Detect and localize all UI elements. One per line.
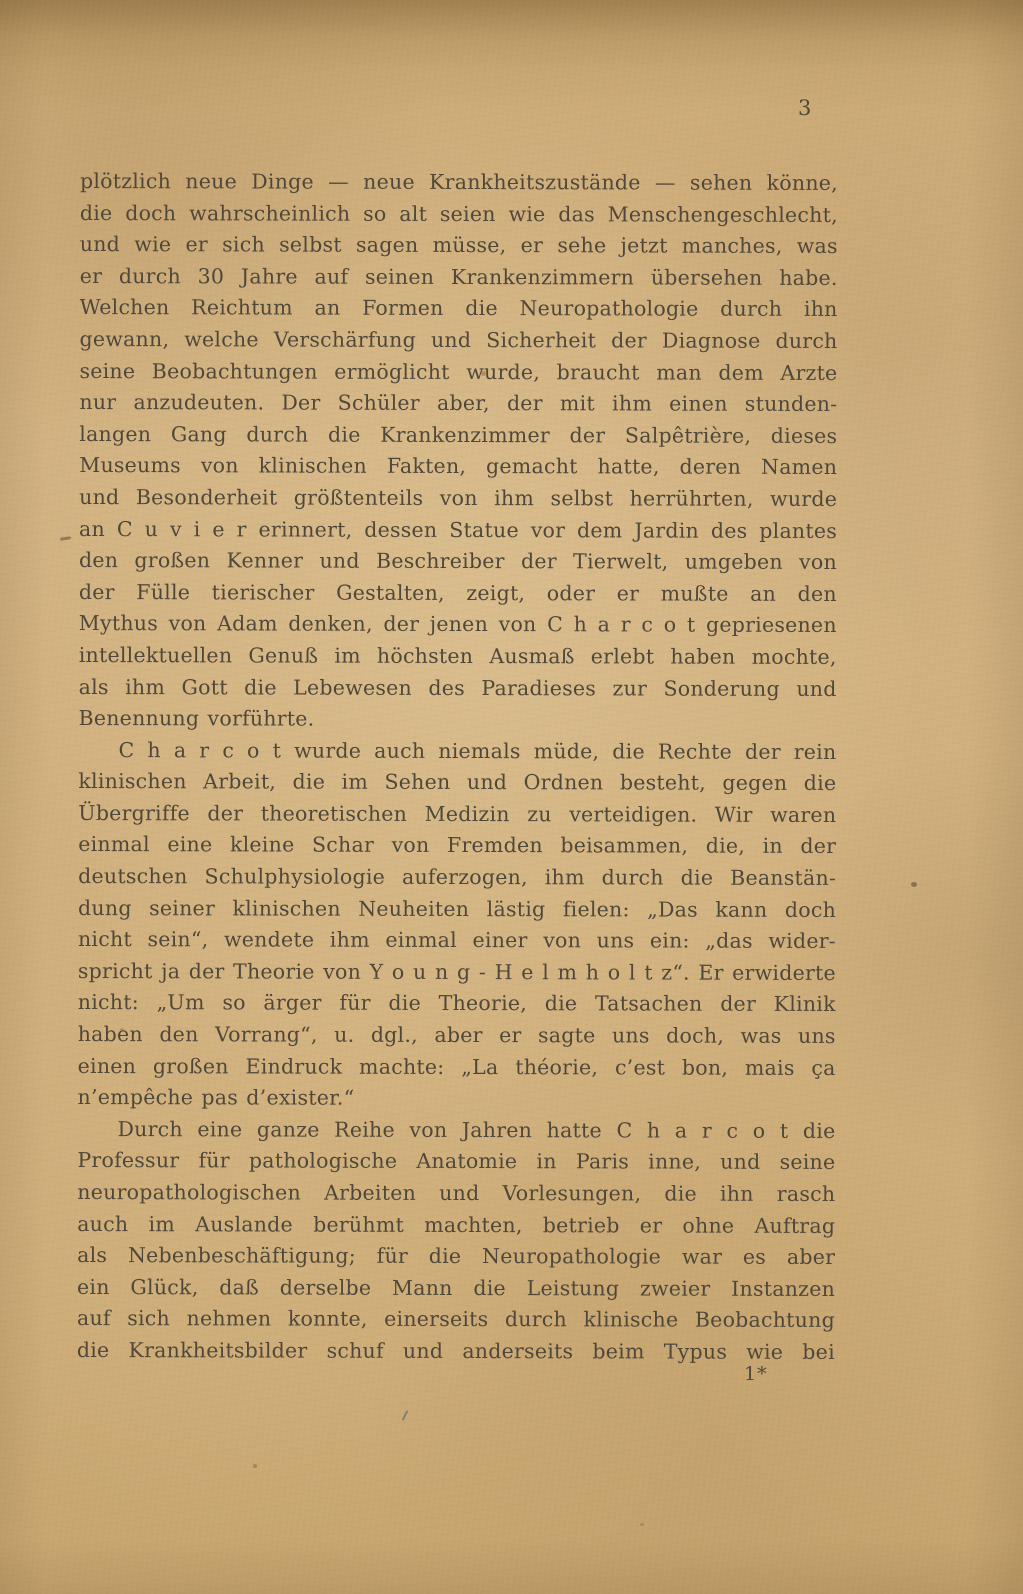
margin-pencil-mark: [60, 536, 71, 540]
scanned-page: 3 plötzlich neue Dinge — neue Krankheits…: [0, 0, 1023, 1594]
text-line: Welchen Reichtum an Formen die Neuropath…: [80, 292, 838, 326]
text-line: haben den Vorrang“, u. dgl., aber er sag…: [78, 1019, 836, 1053]
text-line: an C u v i e r erinnert, dessen Statue v…: [79, 514, 837, 548]
ink-slash-artifact: [402, 1410, 409, 1421]
signature-mark: 1*: [744, 1363, 768, 1385]
text-line: nicht sein“, wendete ihm einmal einer vo…: [78, 924, 836, 958]
text-line: gewann, welche Verschärfung und Sicherhe…: [80, 324, 838, 358]
text-line: dung seiner klinischen Neuheiten lästig …: [78, 893, 836, 927]
text-line: intellektuellen Genuß im höchsten Ausmaß…: [79, 640, 837, 674]
text-line: klinischen Arbeit, die im Sehen und Ordn…: [78, 766, 836, 800]
text-line: Durch eine ganze Reihe von Jahren hatte …: [77, 1114, 835, 1148]
paper-speck: [911, 882, 917, 887]
text-line: als ihm Gott die Lebewesen des Paradiese…: [79, 671, 837, 705]
page-number: 3: [798, 96, 812, 120]
paper-speck: [640, 1523, 644, 1526]
text-line: und wie er sich selbst sagen müsse, er s…: [80, 229, 838, 263]
text-line: n’empêche pas d’exister.“: [78, 1082, 836, 1116]
text-line: Übergriffe der theoretischen Medizin zu …: [78, 798, 836, 832]
text-line: die doch wahrscheinlich so alt seien wie…: [80, 198, 838, 232]
text-line: plötzlich neue Dinge — neue Krankheitszu…: [80, 166, 838, 200]
text-line: einen großen Eindruck machte: „La théori…: [78, 1051, 836, 1085]
text-line: Mythus von Adam denken, der jenen von C …: [79, 608, 837, 642]
text-line: spricht ja der Theorie von Y o u n g - H…: [78, 956, 836, 990]
text-line: auf sich nehmen konnte, einerseits durch…: [77, 1303, 835, 1337]
text-line: auch im Auslande berühmt machten, betrie…: [77, 1209, 835, 1243]
text-line: als Nebenbeschäftigung; für die Neuropat…: [77, 1240, 835, 1274]
text-line: die Krankheitsbilder schuf und anderseit…: [77, 1335, 835, 1369]
text-line: deutschen Schulphysiologie auferzogen, i…: [78, 861, 836, 895]
text-line: Benennung vorführte.: [79, 703, 837, 737]
text-line: und Besonderheit größtenteils von ihm se…: [79, 482, 837, 516]
text-line: seine Beobachtungen ermöglicht wurde, br…: [79, 356, 837, 390]
text-line: nur anzudeuten. Der Schüler aber, der mi…: [79, 387, 837, 421]
text-line: langen Gang durch die Krankenzimmer der …: [79, 419, 837, 453]
text-line: Professur für pathologische Anatomie in …: [77, 1145, 835, 1179]
text-line: einmal eine kleine Schar von Fremden bei…: [78, 829, 836, 863]
text-line: C h a r c o t wurde auch niemals müde, d…: [78, 735, 836, 769]
paper-speck: [253, 1464, 257, 1468]
text-block: plötzlich neue Dinge — neue Krankheitszu…: [77, 166, 838, 1369]
text-line: ein Glück, daß derselbe Mann die Leistun…: [77, 1272, 835, 1306]
text-line: neuropathologischen Arbeiten und Vorlesu…: [77, 1177, 835, 1211]
text-line: Museums von klinischen Fakten, gemacht h…: [79, 450, 837, 484]
text-line: der Fülle tierischer Gestalten, zeigt, o…: [79, 577, 837, 611]
text-line: nicht: „Um so ärger für die Theorie, die…: [78, 987, 836, 1021]
text-line: er durch 30 Jahre auf seinen Krankenzimm…: [80, 261, 838, 295]
text-line: den großen Kenner und Beschreiber der Ti…: [79, 545, 837, 579]
